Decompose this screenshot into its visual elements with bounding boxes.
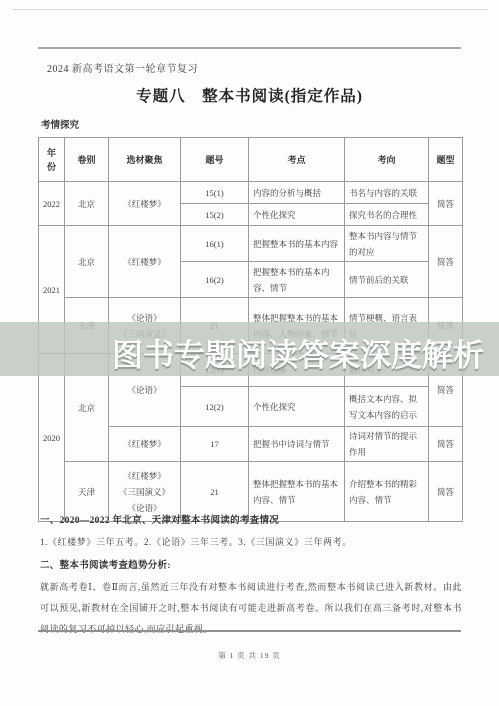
watermark-band: 图书专题阅读答案深度解析 [0, 322, 499, 376]
column-header: 题号 [181, 138, 249, 182]
table-cell: 情节前后的关联 [345, 262, 429, 298]
bottom-divider-rule [38, 630, 461, 632]
column-header: 年 份 [39, 138, 65, 182]
note-heading-2: 二、整本书阅读考查趋势分析: [40, 557, 171, 571]
table-cell: 北京 [65, 226, 109, 298]
column-header: 考向 [345, 138, 429, 182]
course-label: 2024 新高考语文第一轮章节复习 [47, 60, 198, 75]
page-top-edge-line [12, 9, 488, 10]
table-cell: 16(1) [181, 226, 249, 262]
table-cell: 介绍整本书的精彩内容、情节 [345, 462, 429, 522]
section-label: 考情探究 [41, 117, 79, 131]
table-cell: 概括文本内容、拟写文本内容的启示 [345, 387, 429, 427]
table-cell: 15(1) [181, 182, 249, 204]
table-header-row: 年 份卷别选材聚焦题号考点考向题型 [39, 138, 463, 182]
table-cell: 2020 [39, 354, 65, 522]
table-cell: 《红楼梦》 [109, 226, 181, 298]
note-line-1: 1.《红楼梦》三年五考。2.《论语》三年三考。3.《三国演义》三年两考。 [40, 535, 352, 548]
table-cell: 17 [181, 427, 249, 462]
table-cell: 简答 [429, 182, 463, 226]
table-cell: 《红楼梦》 [109, 427, 181, 462]
table-cell: 整本书内容与情节的对应 [345, 226, 429, 262]
table-cell: 把握整本书的基本内容 [249, 226, 345, 262]
table-cell: 《红楼梦》 [109, 182, 181, 226]
table-cell: 把握整本书的基本内容、情节 [249, 262, 345, 298]
table-cell: 个性化探究 [249, 204, 345, 226]
column-header: 考点 [249, 138, 345, 182]
table-row: 2021北京《红楼梦》16(1)把握整本书的基本内容整本书内容与情节的对应简答 [39, 226, 463, 262]
table-cell: 内容的分析与概括 [249, 182, 345, 204]
column-header: 卷别 [65, 138, 109, 182]
page-title: 专题八 整本书阅读(指定作品) [0, 84, 499, 106]
document-page: 2024 新高考语文第一轮章节复习 专题八 整本书阅读(指定作品) 考情探究 年… [0, 0, 499, 706]
header-divider-rule [38, 47, 461, 49]
table-cell: 探究书名的合理性 [345, 204, 429, 226]
note-heading-1: 一、2020—2022 年北京、天津对整本书阅读的考查情况 [40, 512, 279, 526]
table-cell: 16(2) [181, 262, 249, 298]
column-header: 选材聚焦 [109, 138, 181, 182]
table-cell: 2022 [39, 182, 65, 226]
table-cell: 简答 [429, 226, 463, 298]
watermark-text: 图书专题阅读答案深度解析 [112, 330, 484, 375]
column-header: 题型 [429, 138, 463, 182]
table-cell: 把握书中诗词与情节 [249, 427, 345, 462]
table-cell: 诗词对情节的提示作用 [345, 427, 429, 462]
table-cell: 北京 [65, 182, 109, 226]
table-cell: 书名与内容的关联 [345, 182, 429, 204]
table-cell: 个性化探究 [249, 387, 345, 427]
table-cell: 12(2) [181, 387, 249, 427]
page-number: 第 1 页 共 19 页 [0, 650, 499, 661]
table-row: 2022北京《红楼梦》15(1)内容的分析与概括书名与内容的关联简答 [39, 182, 463, 204]
table-cell: 简答 [429, 427, 463, 462]
table-cell: 简答 [429, 462, 463, 522]
table-cell: 15(2) [181, 204, 249, 226]
